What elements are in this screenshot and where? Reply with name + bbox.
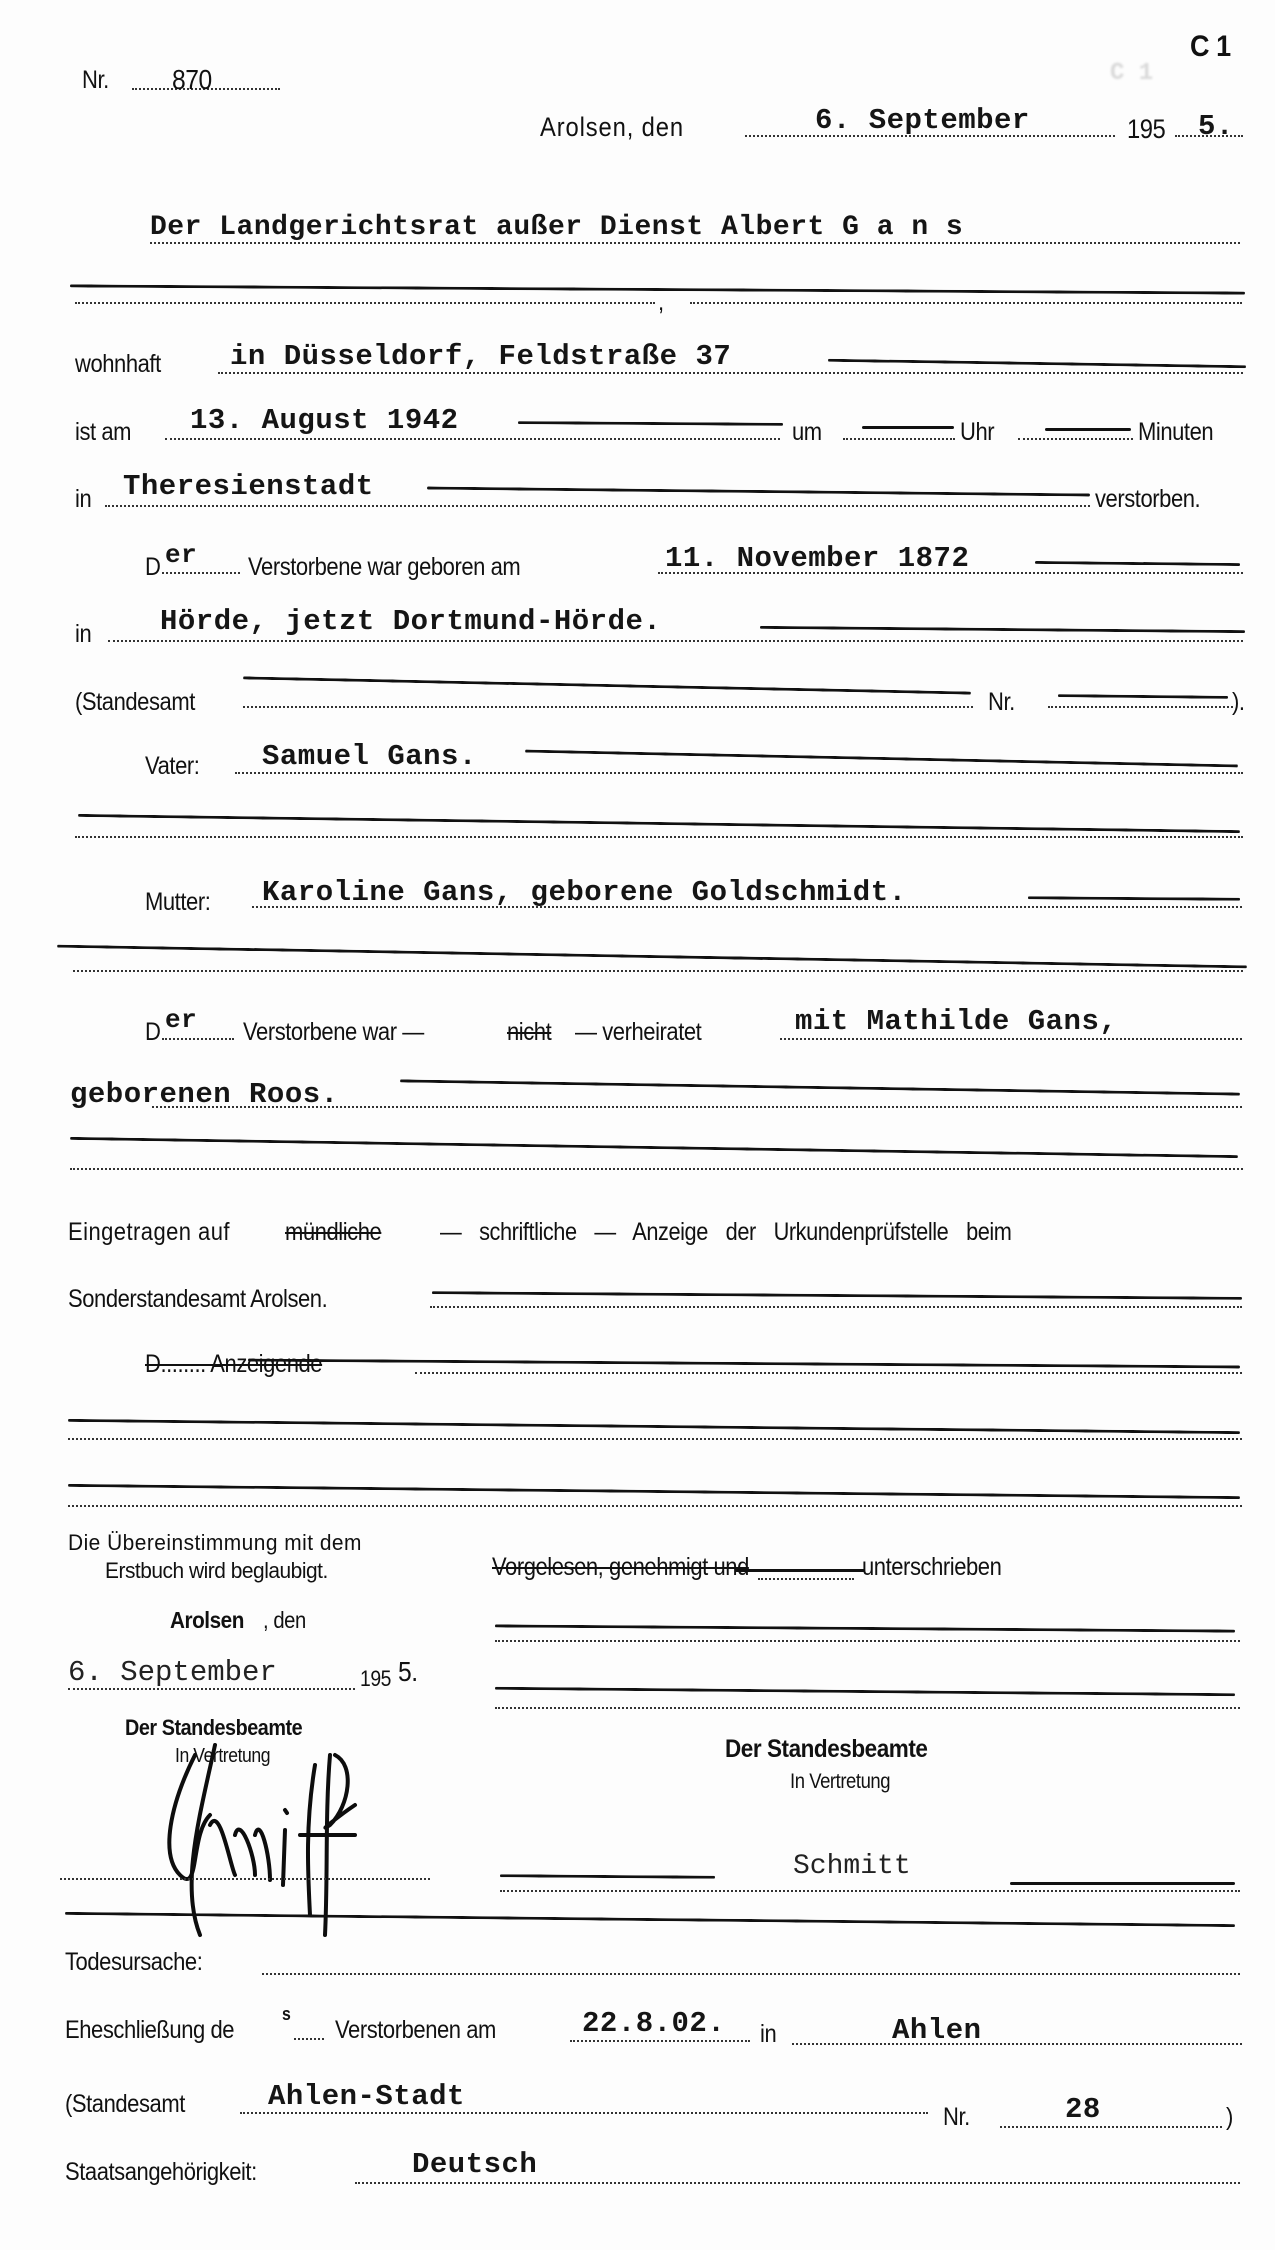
born-date-value: 11. November 1872 [665,542,969,575]
cause-of-death-label: Todesursache: [65,1948,202,1977]
nr-label: Nr. [82,66,109,95]
right-official-title: Der Standesbeamte [725,1735,927,1764]
registration-prefix: Eingetragen auf [68,1218,230,1247]
death-date-value: 13. August 1942 [190,404,459,437]
certification-year-suffix: 5. [398,1656,418,1688]
residence-label: wohnhaft [75,350,161,379]
spouse-dotted-line [780,1038,1242,1040]
residence-value: in Düsseldorf, Feldstraße 37 [230,340,731,373]
father-fill-line [525,750,1238,768]
spouse-dotted-line-3 [70,1168,1243,1170]
born-place-value: Hörde, jetzt Dortmund-Hörde. [160,605,661,638]
signed-label: unterschrieben [862,1553,1001,1582]
birth-registry-label: (Standesamt [75,688,195,717]
marriage-in-label: in [760,2020,776,2049]
marriage-registry-value: Ahlen-Stadt [268,2080,465,2113]
certification-line1: Die Übereinstimmung mit dem [68,1530,362,1556]
name-dotted-line-2a [75,302,655,304]
mother-fill-line [1028,896,1240,900]
year-suffix: 5. [1198,110,1234,143]
right-official-name: Schmitt [793,1851,911,1882]
spouse-value-2: geborenen Roos. [70,1078,339,1111]
nationality-value: Deutsch [412,2148,537,2181]
left-signature-dotted-line [60,1878,430,1880]
death-place-fill-line [427,487,1090,497]
cause-of-death-dotted-line [262,1973,1240,1975]
spouse-value: mit Mathilde Gans, [795,1005,1117,1038]
informant-dotted-line-3 [68,1505,1242,1507]
marriage-d-dotted-line [162,1038,234,1040]
birth-registry-nr-fill-line [1058,694,1228,699]
certification-date-value: 6. September [68,1656,277,1689]
informant-struck: D........ Anzeigende [145,1350,322,1379]
father-value: Samuel Gans. [262,740,477,773]
informant-fill-line [248,1359,1240,1369]
nr-value: 870 [172,64,212,96]
right-signature-fill-line-a [500,1874,715,1879]
informant-fill-line-2 [68,1419,1240,1434]
nationality-dotted-line [355,2182,1240,2184]
marriage-place-value: Ahlen [892,2014,982,2047]
born-label: Verstorbene war geboren am [248,553,520,582]
uhr-fill-line [1045,428,1131,431]
certification-line2: Erstbuch wird beglaubigt. [105,1558,328,1584]
marriage-record-label-2: Verstorbenen am [335,2016,496,2045]
informant-dotted-line [415,1372,1242,1374]
marriage-registry-nr-dotted-line [1000,2126,1222,2128]
certification-den: , den [263,1607,306,1634]
read-approved-dotted-line [758,1578,854,1580]
year-prefix: 195 [1127,114,1165,145]
right-official-sub: In Vertretung [790,1770,890,1794]
death-place-value: Theresienstadt [123,470,374,503]
marriage-text-after: — verheiratet [575,1018,701,1047]
place-label: Arolsen, den [540,112,684,143]
death-date-fill-line [518,421,783,426]
birth-registry-nr-dotted-line [1048,706,1233,708]
informant-fill-line-3 [68,1484,1240,1499]
right-fill-line-2 [495,1687,1235,1696]
birth-d-prefix: D [145,553,160,582]
mother-label: Mutter: [145,888,210,917]
death-date-dotted-line [165,438,780,440]
mother-fill-line-2 [57,945,1247,969]
father-label: Vater: [145,752,199,781]
uhr-dotted-line [1018,438,1133,440]
form-code: C 1 [1190,30,1231,64]
certification-year-prefix: 195 [360,1666,391,1692]
right-signature-fill-line-b [1010,1882,1235,1885]
birth-d-dotted-line [162,572,240,574]
marriage-registry-label: (Standesamt [65,2090,185,2119]
um-fill-line [862,426,954,429]
marriage-d-suffix: er [165,1005,197,1035]
born-place-label: in [75,620,91,649]
bleed-through-text: C 1 [1110,60,1153,87]
birth-registry-fill-line [243,676,971,694]
marriage-place-dotted-line [792,2043,1242,2045]
date-value: 6. September [815,104,1030,137]
um-dotted-line [843,438,955,440]
birth-registry-dotted-line [243,706,973,708]
name-comma: , [658,288,664,317]
certification-place: Arolsen [170,1607,244,1634]
born-place-dotted-line [108,640,1243,642]
death-register-entry: C 1 C 1 Nr. 870 Arolsen, den 6. Septembe… [0,0,1275,2250]
deceased-name: Der Landgerichtsrat außer Dienst Albert … [150,212,963,243]
registration-struck: mündliche [285,1218,381,1247]
right-dotted-line-2 [495,1707,1240,1709]
mother-dotted-line-2 [73,970,1243,972]
born-place-fill-line [760,626,1245,633]
mother-value: Karoline Gans, geborene Goldschmidt. [262,876,907,909]
right-signature-dotted-line [500,1890,1240,1892]
marriage-date-value: 22.8.02. [582,2007,725,2040]
marriage-record-label-1: Eheschließung de [65,2016,234,2045]
marriage-registry-nr-label: Nr. [943,2103,970,2132]
verstorben-label: verstorben. [1095,485,1200,514]
marriage-text-before: Verstorbene war — [243,1018,424,1047]
marriage-record-label-sup: s [282,2004,290,2025]
handwritten-signature-icon [140,1725,440,1945]
death-place-dotted-line [105,505,1090,507]
um-label: um [792,418,822,447]
marriage-registry-close: ) [1226,2103,1233,2132]
marriage-nicht-struck: nicht [507,1018,551,1047]
minuten-label: Minuten [1138,418,1213,447]
marriage-record-de-dotted-line [294,2038,324,2040]
birth-registry-nr-label: Nr. [988,688,1015,717]
registration-dotted-line [430,1306,1242,1308]
read-approved-struck: Vorgelesen, genehmigt und [492,1553,749,1582]
informant-dotted-line-2 [68,1438,1242,1440]
nationality-label: Staatsangehörigkeit: [65,2158,257,2187]
right-dotted-line-1 [495,1640,1240,1642]
spouse-fill-line [400,1079,1240,1095]
death-date-label: ist am [75,418,131,447]
right-fill-line-1 [495,1624,1235,1632]
uhr-label: Uhr [960,418,994,447]
birth-d-suffix: er [165,540,197,570]
registration-fill-line [432,1291,1242,1300]
father-fill-line-2 [78,814,1240,833]
marriage-date-dotted-line [570,2040,750,2042]
registration-rest: — schriftliche — Anzeige der Urkundenprü… [440,1218,1011,1247]
birth-registry-close: ). [1232,688,1245,717]
death-place-label: in [75,485,91,514]
marriage-d-prefix: D [145,1018,160,1047]
name-dotted-line-2b [690,302,1242,304]
read-approved-fill-line [735,1569,865,1572]
born-date-fill-line [1035,561,1240,566]
father-dotted-line-2 [75,836,1243,838]
spouse-fill-line-2 [70,1137,1238,1158]
registration-line2: Sonderstandesamt Arolsen. [68,1285,327,1314]
marriage-registry-nr-value: 28 [1065,2093,1101,2126]
residence-fill-line [828,359,1246,369]
